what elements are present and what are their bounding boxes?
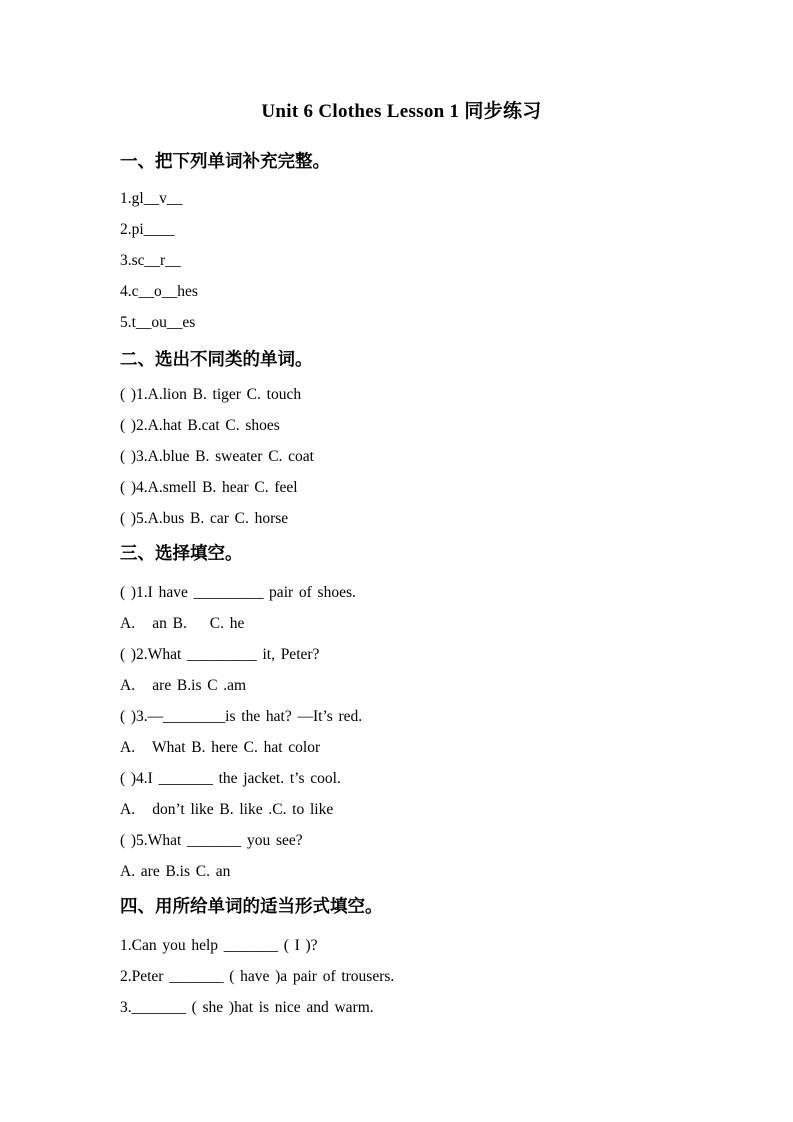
exercise-line: ( )1.I have _________ pair of shoes.	[120, 577, 683, 608]
exercise-line: 2.Peter _______ ( have )a pair of trouse…	[120, 961, 683, 992]
exercise-line: ( )5.What _______ you see?	[120, 825, 683, 856]
exercise-line: 1.gl__v__	[120, 183, 683, 214]
exercise-line: 1.Can you help _______ ( I )?	[120, 930, 683, 961]
section-word-completion: 一、把下列单词补充完整。 1.gl__v__ 2.pi____ 3.sc__r_…	[120, 150, 683, 338]
exercise-line: 5.t__ou__es	[120, 307, 683, 338]
exercise-line: A. are B.is C .am	[120, 670, 683, 701]
section-lines: ( )1.I have _________ pair of shoes. A. …	[120, 577, 683, 887]
exercise-line: 4.c__o__hes	[120, 276, 683, 307]
section-multiple-choice: 三、选择填空。 ( )1.I have _________ pair of sh…	[120, 542, 683, 887]
exercise-line: ( )5.A.bus B. car C. horse	[120, 503, 683, 534]
exercise-line: A. don’t like B. like .C. to like	[120, 794, 683, 825]
document-page: Unit 6 Clothes Lesson 1 同步练习 一、把下列单词补充完整…	[0, 0, 793, 1122]
page-title: Unit 6 Clothes Lesson 1 同步练习	[120, 0, 683, 124]
exercise-line: ( )2.What _________ it, Peter?	[120, 639, 683, 670]
section-lines: 1.gl__v__ 2.pi____ 3.sc__r__ 4.c__o__hes…	[120, 183, 683, 338]
section-heading: 一、把下列单词补充完整。	[120, 150, 683, 173]
exercise-line: 3._______ ( she )hat is nice and warm.	[120, 992, 683, 1023]
exercise-line: A. an B. C. he	[120, 608, 683, 639]
section-heading: 四、用所给单词的适当形式填空。	[120, 895, 683, 918]
page-content: Unit 6 Clothes Lesson 1 同步练习 一、把下列单词补充完整…	[0, 0, 793, 1023]
exercise-line: A. are B.is C. an	[120, 856, 683, 887]
section-proper-form: 四、用所给单词的适当形式填空。 1.Can you help _______ (…	[120, 895, 683, 1023]
exercise-line: ( )3.A.blue B. sweater C. coat	[120, 441, 683, 472]
section-odd-one-out: 二、选出不同类的单词。 ( )1.A.lion B. tiger C. touc…	[120, 348, 683, 534]
section-lines: 1.Can you help _______ ( I )? 2.Peter __…	[120, 930, 683, 1023]
exercise-line: ( )4.A.smell B. hear C. feel	[120, 472, 683, 503]
section-heading: 三、选择填空。	[120, 542, 683, 565]
section-heading: 二、选出不同类的单词。	[120, 348, 683, 371]
exercise-line: 3.sc__r__	[120, 245, 683, 276]
exercise-line: 2.pi____	[120, 214, 683, 245]
exercise-line: ( )4.I _______ the jacket. t’s cool.	[120, 763, 683, 794]
exercise-line: ( )3.—________is the hat? —It’s red.	[120, 701, 683, 732]
exercise-line: A. What B. here C. hat color	[120, 732, 683, 763]
section-lines: ( )1.A.lion B. tiger C. touch ( )2.A.hat…	[120, 379, 683, 534]
exercise-line: ( )2.A.hat B.cat C. shoes	[120, 410, 683, 441]
exercise-line: ( )1.A.lion B. tiger C. touch	[120, 379, 683, 410]
